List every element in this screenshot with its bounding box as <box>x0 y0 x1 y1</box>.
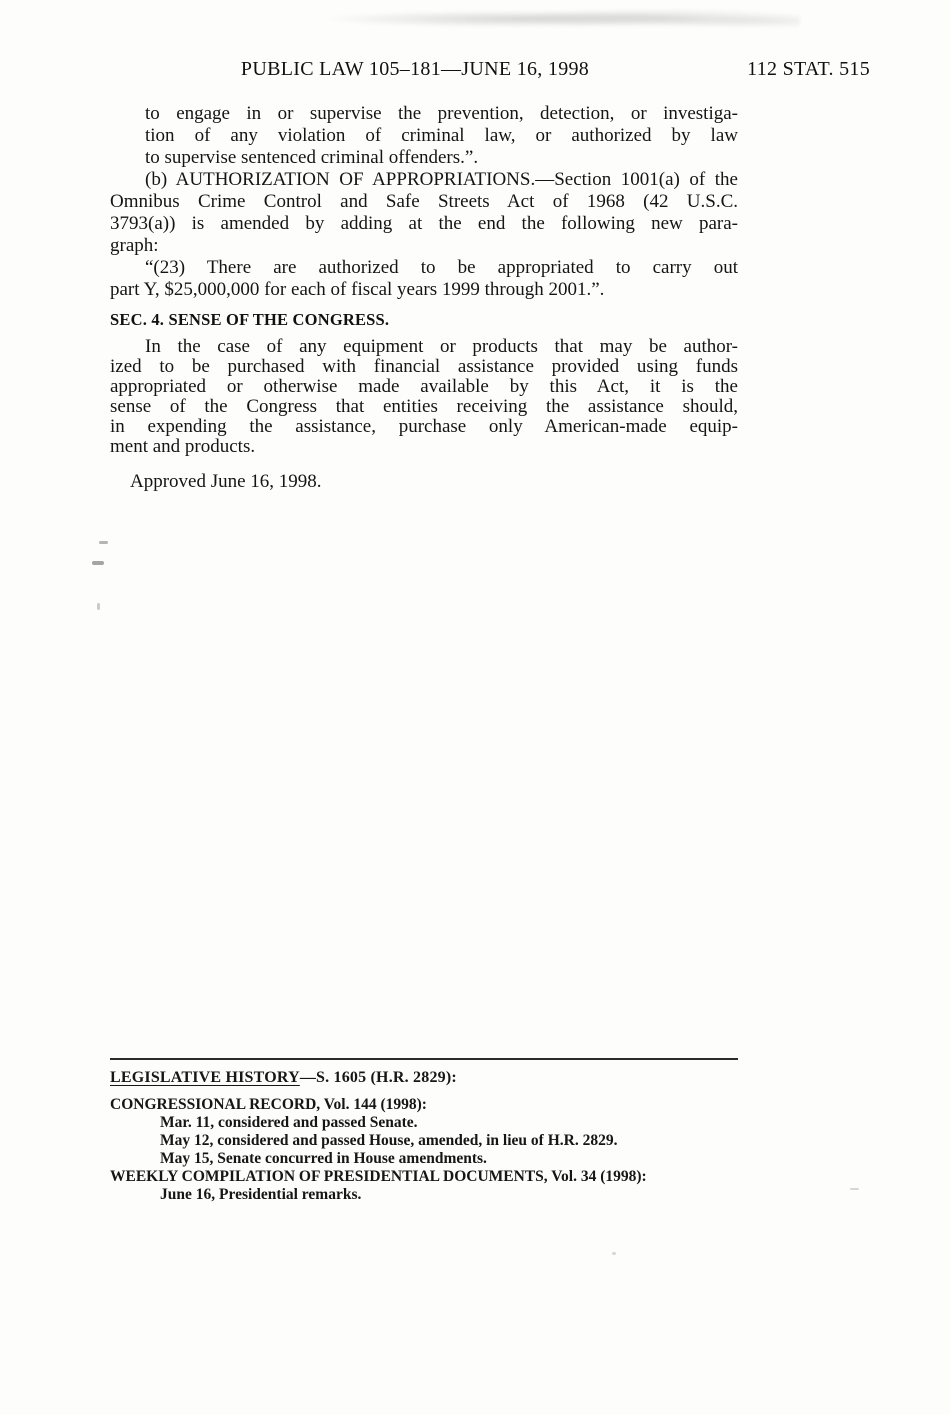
congressional-record-entry: CONGRESSIONAL RECORD, Vol. 144 (1998): M… <box>110 1096 738 1168</box>
paragraph-23: “(23) There are authorized to be appropr… <box>110 257 738 301</box>
text-line: ment and products. <box>110 437 738 457</box>
legislative-history-title-underlined: LEGISLATIVE HISTORY <box>110 1069 300 1086</box>
history-entry-item: May 15, Senate concurred in House amendm… <box>160 1150 738 1168</box>
scan-speck <box>612 1252 616 1255</box>
legislative-history: LEGISLATIVE HISTORY—S. 1605 (H.R. 2829):… <box>110 1058 738 1204</box>
quoted-text-continuation-paragraph: to engage in or supervise the prevention… <box>110 103 738 169</box>
history-entry-item: May 12, considered and passed House, ame… <box>160 1132 738 1150</box>
sense-of-congress-paragraph: In the case of any equipment or products… <box>110 337 738 457</box>
legislative-history-title: LEGISLATIVE HISTORY—S. 1605 (H.R. 2829): <box>110 1068 738 1087</box>
scan-speck <box>97 603 100 610</box>
text-line: part Y, $25,000,000 for each of fiscal y… <box>110 279 738 301</box>
law-title: PUBLIC LAW 105–181—JUNE 16, 1998 <box>241 58 589 81</box>
history-entry-item: Mar. 11, considered and passed Senate. <box>160 1114 738 1132</box>
scan-speck <box>99 541 108 544</box>
history-entry-heading: WEEKLY COMPILATION OF PRESIDENTIAL DOCUM… <box>110 1168 738 1186</box>
text-line: graph: <box>110 235 738 257</box>
text-line: 3793(a)) is amended by adding at the end… <box>110 213 738 235</box>
approved-line: Approved June 16, 1998. <box>110 470 738 493</box>
history-entry-item: June 16, Presidential remarks. <box>160 1186 738 1204</box>
statute-page-number: 112 STAT. 515 <box>747 58 870 81</box>
history-entry-heading: CONGRESSIONAL RECORD, Vol. 144 (1998): <box>110 1096 738 1114</box>
text-line: in expending the assistance, purchase on… <box>110 417 738 437</box>
text-line: ized to be purchased with financial assi… <box>110 357 738 377</box>
legislative-history-title-rest: —S. 1605 (H.R. 2829): <box>300 1069 457 1086</box>
scan-speck <box>850 1188 859 1190</box>
text-line: In the case of any equipment or products… <box>110 337 738 357</box>
section-4-heading: SEC. 4. SENSE OF THE CONGRESS. <box>110 310 738 330</box>
statute-page: PUBLIC LAW 105–181—JUNE 16, 1998 112 STA… <box>0 0 950 1415</box>
text-line: to engage in or supervise the prevention… <box>145 103 738 125</box>
scan-smudge-artifact <box>330 7 800 31</box>
scan-speck <box>92 561 104 565</box>
text-line: appropriated or otherwise made available… <box>110 377 738 397</box>
text-line: to supervise sentenced criminal offender… <box>145 147 738 169</box>
text-line: tion of any violation of criminal law, o… <box>145 125 738 147</box>
text-line: Omnibus Crime Control and Safe Streets A… <box>110 191 738 213</box>
statute-body: to engage in or supervise the prevention… <box>110 103 738 493</box>
text-line: “(23) There are authorized to be appropr… <box>110 257 738 279</box>
weekly-compilation-entry: WEEKLY COMPILATION OF PRESIDENTIAL DOCUM… <box>110 1168 738 1204</box>
history-divider-rule <box>110 1058 738 1060</box>
text-line: sense of the Congress that entities rece… <box>110 397 738 417</box>
page-header: PUBLIC LAW 105–181—JUNE 16, 1998 112 STA… <box>0 58 950 84</box>
authorization-paragraph: (b) AUTHORIZATION OF APPROPRIATIONS.—Sec… <box>110 169 738 257</box>
text-line: (b) AUTHORIZATION OF APPROPRIATIONS.—Sec… <box>110 169 738 191</box>
